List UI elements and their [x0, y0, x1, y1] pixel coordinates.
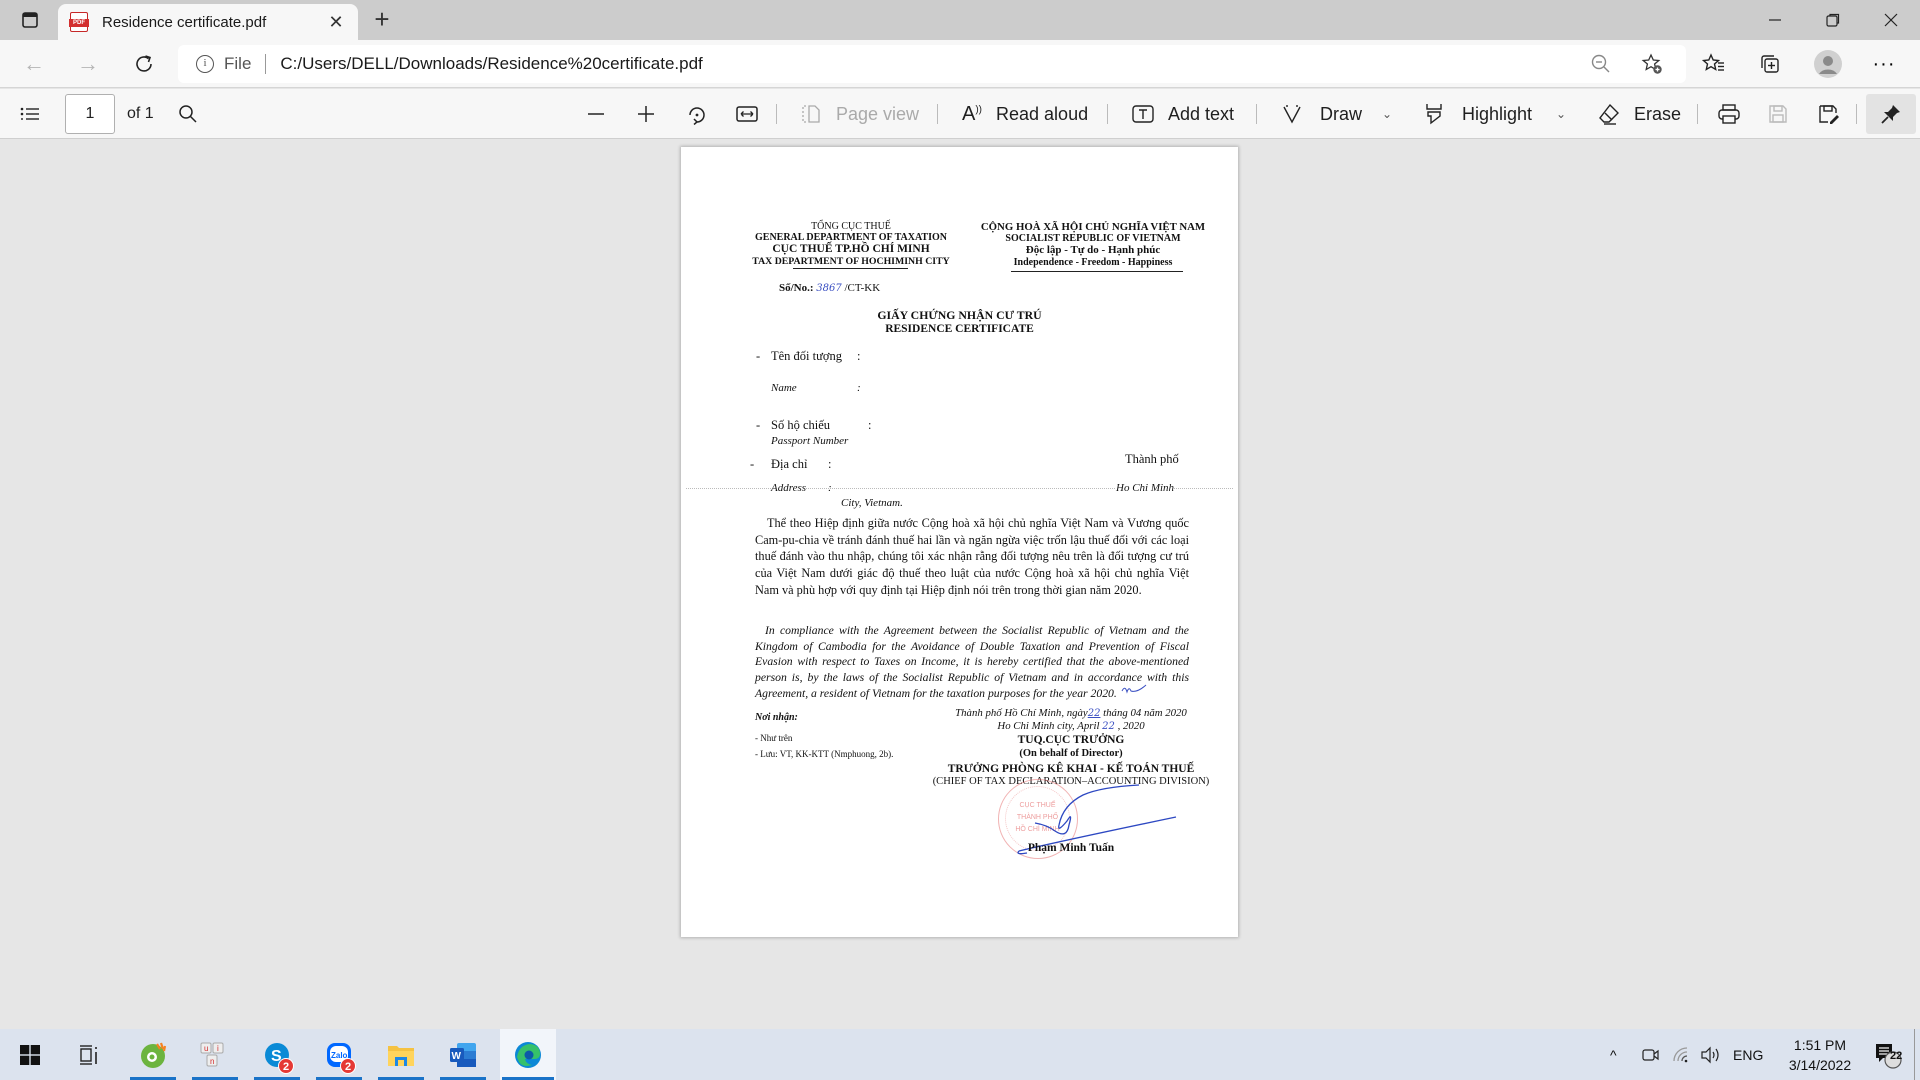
- page-total: of 1: [127, 89, 154, 139]
- zoom-in-button[interactable]: [636, 89, 656, 139]
- field-address-en-label: Address: [771, 483, 806, 494]
- issue-date-vi-suffix: tháng 04 năm 2020: [1103, 707, 1187, 719]
- certification-paragraph-vi: Thể theo Hiệp định giữa nước Cộng hoà xã…: [755, 515, 1189, 599]
- microsoft-edge-icon: [513, 1040, 543, 1070]
- issue-date-day-handwritten: 22: [1088, 708, 1101, 719]
- highlight-label: Highlight: [1462, 104, 1532, 125]
- avatar-icon: [1814, 50, 1842, 78]
- header-left-line-4: TAX DEPARTMENT OF HOCHIMINH CITY: [751, 257, 951, 267]
- eraser-icon: [1598, 103, 1620, 125]
- document-title-vi: GIẤY CHỨNG NHẬN CƯ TRÚ: [681, 310, 1238, 322]
- recipients-label: Nơi nhận:: [755, 713, 798, 723]
- chevron-down-icon: ⌄: [1382, 107, 1392, 121]
- svg-text:i: i: [217, 1044, 219, 1053]
- pin-toolbar-button[interactable]: [1866, 94, 1916, 134]
- header-right-line-1: CỘNG HOÀ XÃ HỘI CHỦ NGHĨA VIỆT NAM: [973, 222, 1213, 233]
- clock[interactable]: 1:51 PM 3/14/2022: [1780, 1029, 1860, 1080]
- refresh-icon: [133, 53, 155, 75]
- field-colon: :: [828, 458, 831, 471]
- header-right-line-4: Independence - Freedom - Happiness: [973, 258, 1213, 268]
- notification-count: 22: [1890, 1050, 1902, 1062]
- field-name-en-label: Name: [771, 383, 797, 394]
- task-view-button[interactable]: [64, 1029, 114, 1080]
- header-left-line-2: GENERAL DEPARTMENT OF TAXATION: [751, 233, 951, 243]
- close-tab-icon[interactable]: ✕: [326, 12, 346, 33]
- field-city-vi: Thành phố: [1125, 453, 1179, 466]
- wifi-icon: [1672, 1046, 1690, 1064]
- notification-badge: 2: [278, 1058, 294, 1074]
- address-bar[interactable]: i File C:/Users/DELL/Downloads/Residence…: [178, 45, 1686, 83]
- field-name-vi-label: Tên đối tượng: [771, 350, 842, 363]
- header-left-line-3: CỤC THUẾ TP.HỒ CHÍ MINH: [751, 244, 951, 256]
- rotate-icon: [686, 103, 708, 125]
- highlight-button[interactable]: Highlight: [1424, 89, 1532, 139]
- highlighter-icon: [1424, 103, 1444, 125]
- document-number-suffix: /CT-KK: [844, 282, 880, 294]
- issue-date-en-suffix: , 2020: [1118, 720, 1145, 732]
- address-url[interactable]: C:/Users/DELL/Downloads/Residence%20cert…: [280, 54, 702, 74]
- action-center-button[interactable]: 22: [1868, 1029, 1908, 1080]
- field-address-vi-label: Địa chỉ: [771, 458, 807, 471]
- close-icon: [1884, 13, 1898, 27]
- star-add-icon: [1641, 53, 1663, 75]
- draw-options-dropdown[interactable]: ⌄: [1382, 89, 1392, 139]
- taskbar-app-edge[interactable]: [500, 1029, 556, 1080]
- tab-actions-icon: [21, 11, 39, 29]
- settings-more-button[interactable]: ···: [1866, 46, 1902, 82]
- signer-title-2: (On behalf of Director): [911, 749, 1231, 760]
- toolbar-divider: [776, 104, 777, 124]
- field-dash: -: [750, 458, 754, 471]
- title-bar: PDF Residence certificate.pdf ✕ +: [0, 0, 1920, 40]
- restore-button[interactable]: [1804, 0, 1862, 40]
- fit-to-width-button[interactable]: [736, 89, 758, 139]
- field-colon: :: [857, 383, 861, 394]
- draw-pen-icon: [1282, 104, 1302, 124]
- zoom-out-indicator[interactable]: [1591, 54, 1611, 79]
- read-aloud-icon: A)): [962, 103, 982, 126]
- signer-title-3: TRƯỞNG PHÒNG KÊ KHAI - KẾ TOÁN THUẾ: [911, 764, 1231, 776]
- tab-actions-button[interactable]: [12, 8, 48, 32]
- field-passport-en-label: Passport Number: [771, 436, 848, 447]
- page-view-label: Page view: [836, 104, 919, 125]
- pin-icon: [1880, 103, 1902, 125]
- taskbar-app-coc-coc[interactable]: [128, 1029, 178, 1080]
- header-left-line-1: TỔNG CỤC THUẾ: [751, 222, 951, 232]
- svg-text:u: u: [204, 1044, 208, 1053]
- field-colon: :: [868, 419, 871, 432]
- save-button[interactable]: [1768, 89, 1788, 139]
- issue-date-vi: Thành phố Hồ Chí Minh, ngày22 tháng 04 n…: [911, 708, 1231, 719]
- document-number-handwritten: 3867: [816, 283, 841, 294]
- save-as-button[interactable]: [1818, 89, 1840, 139]
- microsoft-word-icon: W: [448, 1041, 478, 1069]
- clock-date: 3/14/2022: [1789, 1055, 1851, 1075]
- erase-button[interactable]: Erase: [1598, 89, 1681, 139]
- windows-logo-icon: [20, 1045, 40, 1065]
- page-view-button[interactable]: Page view: [800, 89, 919, 139]
- minimize-button[interactable]: [1746, 0, 1804, 40]
- favorites-button[interactable]: [1696, 46, 1732, 82]
- recipient-item: - Như trên: [755, 734, 792, 743]
- read-aloud-label: Read aloud: [996, 104, 1088, 125]
- contents-button[interactable]: [20, 89, 40, 139]
- toolbar-divider: [1256, 104, 1257, 124]
- taskbar-app-unikey[interactable]: uin: [190, 1029, 240, 1080]
- page-number-input[interactable]: 1: [65, 94, 115, 134]
- folder-icon: [386, 1042, 416, 1068]
- taskbar-app-skype[interactable]: S 2: [252, 1029, 302, 1080]
- zoom-out-button[interactable]: [586, 89, 606, 139]
- forward-button[interactable]: →: [70, 46, 106, 82]
- restore-icon: [1826, 13, 1840, 27]
- read-aloud-button[interactable]: A)) Read aloud: [962, 89, 1088, 139]
- field-colon: :: [828, 483, 832, 494]
- collections-icon: [1759, 53, 1781, 75]
- pdf-toolbar: 1 of 1 Page view A)) Read aloud Add text…: [0, 89, 1920, 139]
- more-icon: ···: [1873, 53, 1896, 76]
- favorites-list-icon: [1702, 53, 1726, 75]
- find-button[interactable]: [178, 89, 198, 139]
- save-as-icon: [1818, 104, 1840, 124]
- toolbar-divider: [1697, 104, 1698, 124]
- svg-text:n: n: [210, 1057, 214, 1066]
- field-city-country: City, Vietnam.: [841, 498, 903, 509]
- rotate-button[interactable]: [686, 89, 708, 139]
- draw-button[interactable]: Draw: [1282, 89, 1362, 139]
- document-number-label: Số/No.:: [779, 282, 814, 294]
- header-left-underline: [793, 268, 908, 269]
- taskbar-app-word[interactable]: W: [438, 1029, 488, 1080]
- signer-title-1: TUQ.CỤC TRƯỞNG: [911, 735, 1231, 747]
- search-icon: [178, 104, 198, 124]
- field-colon: :: [857, 350, 860, 363]
- meet-now-button[interactable]: [1642, 1029, 1660, 1080]
- zoom-out-icon: [1591, 54, 1611, 74]
- issue-date-en-prefix: Ho Chi Minh city, April: [997, 720, 1099, 732]
- field-dash: -: [756, 419, 760, 432]
- unikey-icon: uin: [199, 1041, 231, 1069]
- add-favorite-button[interactable]: [1641, 53, 1663, 80]
- text-box-icon: [1132, 105, 1154, 123]
- field-city-en: Ho Chi Minh: [1116, 483, 1174, 494]
- taskbar-app-file-explorer[interactable]: [376, 1029, 426, 1080]
- table-of-contents-icon: [20, 106, 40, 122]
- new-tab-button[interactable]: +: [368, 6, 396, 34]
- address-scheme: File: [224, 54, 251, 74]
- show-hidden-icons-button[interactable]: ^: [1610, 1029, 1617, 1080]
- address-separator: [265, 54, 266, 74]
- toolbar-divider: [1856, 104, 1857, 124]
- browser-tab[interactable]: PDF Residence certificate.pdf ✕: [58, 4, 358, 40]
- navigation-bar: ← → i File C:/Users/DELL/Downloads/Resid…: [0, 40, 1920, 88]
- network-button[interactable]: [1672, 1029, 1690, 1080]
- coc-coc-browser-icon: [138, 1040, 168, 1070]
- arrow-left-icon: ←: [23, 51, 45, 77]
- erase-label: Erase: [1634, 104, 1681, 125]
- fit-width-icon: [736, 105, 758, 123]
- chevron-down-icon: ⌄: [1556, 107, 1566, 121]
- minus-icon: [586, 104, 606, 124]
- printer-icon: [1718, 104, 1740, 124]
- info-icon[interactable]: i: [196, 55, 214, 73]
- clock-time: 1:51 PM: [1794, 1035, 1846, 1055]
- refresh-button[interactable]: [126, 46, 162, 82]
- header-right-line-2: SOCIALIST REPUBLIC OF VIETNAM: [973, 234, 1213, 244]
- start-button[interactable]: [5, 1029, 55, 1080]
- volume-button[interactable]: [1700, 1029, 1720, 1080]
- document-title-en: RESIDENCE CERTIFICATE: [681, 324, 1238, 336]
- show-desktop-button[interactable]: [1914, 1029, 1915, 1080]
- recipient-item: - Lưu: VT, KK-KTT (Nmphuong, 2b).: [755, 750, 893, 759]
- document-number: Số/No.: 3867 /CT-KK: [779, 283, 880, 294]
- toolbar-divider: [937, 104, 938, 124]
- field-dash: -: [756, 350, 760, 363]
- svg-text:W: W: [452, 1051, 462, 1062]
- tab-title: Residence certificate.pdf: [102, 14, 326, 31]
- add-text-label: Add text: [1168, 104, 1234, 125]
- header-right-underline: [1011, 271, 1183, 272]
- print-button[interactable]: [1718, 89, 1740, 139]
- arrow-right-icon: →: [77, 51, 99, 77]
- handwritten-initial-mark: [1121, 683, 1147, 695]
- field-passport-vi-label: Số hộ chiếu: [771, 419, 830, 432]
- header-right-line-3: Độc lập - Tự do - Hạnh phúc: [973, 245, 1213, 256]
- minimize-icon: [1768, 13, 1782, 27]
- plus-icon: [636, 104, 656, 124]
- pdf-page[interactable]: TỔNG CỤC THUẾ GENERAL DEPARTMENT OF TAXA…: [681, 147, 1238, 937]
- windows-taskbar: uin S 2 Zalo 2 W ^ ENG 1:51 PM 3/14/2022: [0, 1029, 1920, 1080]
- task-view-icon: [78, 1044, 100, 1066]
- draw-label: Draw: [1320, 104, 1362, 125]
- issue-date-day-handwritten: 22: [1102, 721, 1115, 732]
- camera-icon: [1642, 1046, 1660, 1064]
- collections-button[interactable]: [1752, 46, 1788, 82]
- signer-name: Phạm Minh Tuấn: [911, 843, 1231, 855]
- notification-badge: 2: [340, 1058, 356, 1074]
- back-button[interactable]: ←: [16, 46, 52, 82]
- pdf-file-icon: PDF: [70, 12, 88, 32]
- toolbar-divider: [1107, 104, 1108, 124]
- add-text-button[interactable]: Add text: [1132, 89, 1234, 139]
- speaker-icon: [1700, 1046, 1720, 1064]
- page-view-icon: [800, 104, 822, 124]
- issue-date-en: Ho Chi Minh city, April 22 , 2020: [911, 721, 1231, 732]
- chevron-up-icon: ^: [1610, 1047, 1617, 1063]
- highlight-options-dropdown[interactable]: ⌄: [1556, 89, 1566, 139]
- issue-date-vi-prefix: Thành phố Hồ Chí Minh, ngày: [955, 707, 1088, 719]
- input-language-indicator[interactable]: ENG: [1733, 1029, 1763, 1080]
- taskbar-app-zalo[interactable]: Zalo 2: [314, 1029, 364, 1080]
- save-icon: [1768, 104, 1788, 124]
- close-window-button[interactable]: [1862, 0, 1920, 40]
- profile-button[interactable]: [1810, 46, 1846, 82]
